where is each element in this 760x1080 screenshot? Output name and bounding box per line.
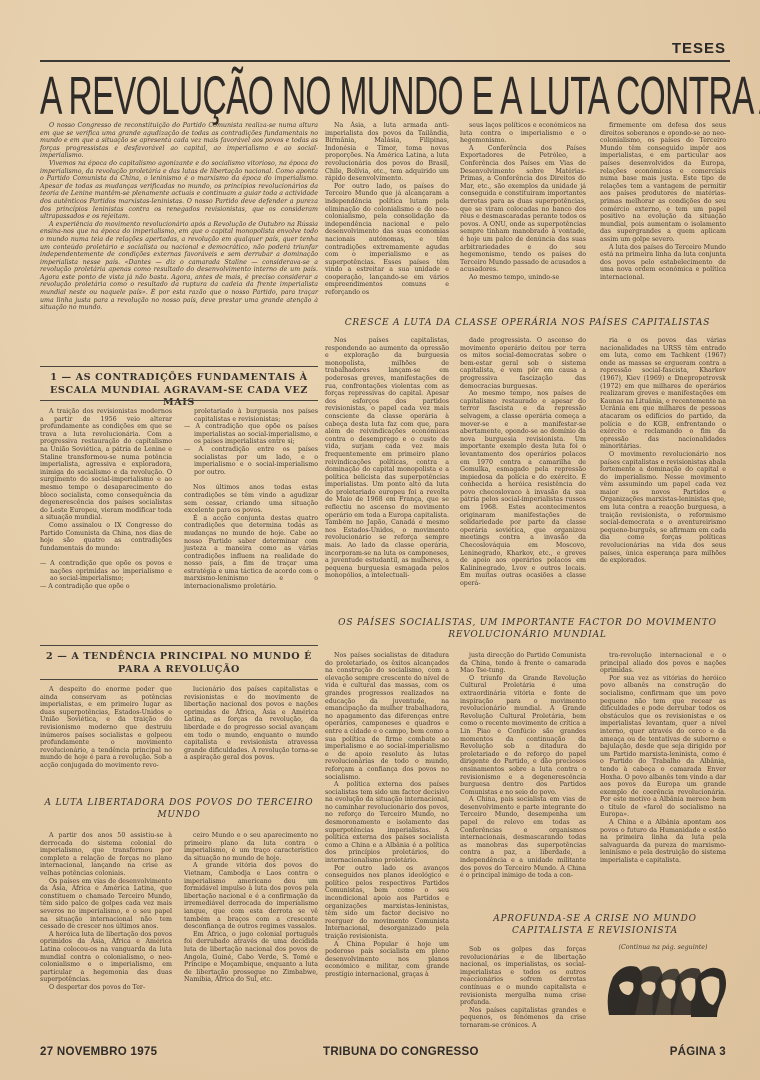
paragraph: seus laços políticos e económicos na lut… <box>460 122 586 145</box>
header-rule <box>40 60 730 62</box>
working-class-heading: CRESCE A LUTA DA CLASSE OPERÁRIA NOS PAÍ… <box>325 318 730 330</box>
list-item: — A contradição que opõe o <box>40 583 172 591</box>
paragraph: A China e a Albânia apontam aos povos o … <box>600 819 726 865</box>
paragraph: A Conferência dos Países Exportadores de… <box>460 145 586 274</box>
socialist-heading: OS PAÍSES SOCIALISTAS, UM IMPORTANTE FAC… <box>325 618 730 641</box>
top-col-2: seus laços políticos e económicos na lut… <box>460 122 586 281</box>
paragraph: O nosso Congresso de reconstituição do P… <box>40 122 318 160</box>
footer-date: 27 NOVEMBRO 1975 <box>40 1046 157 1058</box>
working-class-col-c: ria e os povos das várias nacionalidades… <box>600 337 726 565</box>
paragraph: Sob os golpes das forças revolucionárias… <box>460 946 586 1007</box>
paragraph: A partir dos anos 50 assistiu-se à derro… <box>40 832 172 878</box>
footer-page: PÁGINA 3 <box>670 1046 726 1058</box>
paragraph: Na Ásia, a luta armada anti-imperialista… <box>325 122 449 183</box>
socialist-col-b: justa direcção do Partido Comunista da C… <box>460 652 586 880</box>
section-tag: TESES <box>672 40 726 57</box>
col-b-cont: proletariado à burguesia nos países capi… <box>184 408 318 423</box>
paragraph: Ao mesmo tempo, nos países de capitalism… <box>460 390 586 587</box>
divider <box>40 366 318 367</box>
socialist-col-c: tra-revolução internacional e o principa… <box>600 652 726 865</box>
paragraph: Os países em vias de desenvolvimento da … <box>40 878 172 931</box>
paragraph: firmemente em defesa dos seus direitos s… <box>600 122 726 244</box>
paragraph: Por outro lado, os países do Terceiro Mu… <box>325 183 449 297</box>
intro-text: O nosso Congresso de reconstituição do P… <box>40 122 318 312</box>
section-1-heading: 1 — AS CONTRADIÇÕES FUNDAMENTAIS À ESCAL… <box>40 372 318 410</box>
third-world-heading: A LUTA LIBERTADORA DOS POVOS DO TERCEIRO… <box>40 798 318 821</box>
paragraph: Como assinalou o IX Congresso do Partido… <box>40 522 172 552</box>
section-2-col-a: A despeito do enorme poder que ainda con… <box>40 686 172 770</box>
paragraph: tra-revolução internacional e o principa… <box>600 652 726 675</box>
section-1-col-a: A traição dos revisionistas modernos a p… <box>40 408 172 591</box>
paragraph: A política externa dos países socialista… <box>325 781 449 865</box>
continued-note: (Continua na pág. seguinte) <box>600 944 726 952</box>
paragraph: A heróica luta de libertação dos povos o… <box>40 931 172 984</box>
paragraph: ceiro Mundo e o seu aparecimento no prim… <box>184 832 318 862</box>
list-item: — A contradição que opõe os povos e naçõ… <box>40 560 172 583</box>
paragraph: A despeito do enorme poder que ainda con… <box>40 686 172 770</box>
footer-publication: TRIBUNA DO CONGRESSO <box>323 1046 479 1058</box>
section-1-col-b: proletariado à burguesia nos países capi… <box>184 408 318 591</box>
paragraph: A grande vitória dos povos do Vietnam, C… <box>184 862 318 930</box>
list-item: — A contradição entre os países socialis… <box>184 446 318 476</box>
paragraph: A traição dos revisionistas modernos a p… <box>40 408 172 522</box>
paragraph: A China Popular é hoje um poderoso país … <box>325 941 449 979</box>
section-2-heading: 2 — A TENDÊNCIA PRINCIPAL NO MUNDO É PAR… <box>40 651 318 676</box>
top-col-3: firmemente em defesa dos seus direitos s… <box>600 122 726 281</box>
divider <box>40 645 318 646</box>
paragraph: justa direcção do Partido Comunista da C… <box>460 652 586 675</box>
paragraph: ria e os povos das várias nacionalidades… <box>600 337 726 451</box>
working-class-col-a: Nos países capitalistas, respondendo ao … <box>325 337 449 580</box>
paragraph: O movimento revolucionário nos países ca… <box>600 451 726 565</box>
working-class-col-b: dade progressista. O ascenso do moviment… <box>460 337 586 588</box>
crisis-col-a: Sob os golpes das forças revolucionárias… <box>460 946 586 1030</box>
paragraph: Nos países socialistas de ditadura do pr… <box>325 652 449 781</box>
list-item: — A contradição que opõe os países imper… <box>184 423 318 446</box>
paragraph: Nos últimos anos todas estas contradiçõe… <box>184 484 318 514</box>
divider <box>40 679 318 680</box>
crisis-heading: APROFUNDA-SE A CRISE NO MUNDO CAPITALIST… <box>460 914 730 937</box>
paragraph: Ao mesmo tempo, unindo-se <box>460 274 586 282</box>
third-world-col-b: ceiro Mundo e o seu aparecimento no prim… <box>184 832 318 984</box>
paragraph: O triunfo da Grande Revolução Cultural P… <box>460 675 586 797</box>
paragraph: Nos países capitalistas, respondendo ao … <box>325 337 449 580</box>
paragraph: Por sua vez as vitórias do heróico povo … <box>600 675 726 819</box>
third-world-col-a: A partir dos anos 50 assistiu-se à derro… <box>40 832 172 991</box>
socialist-col-a: Nos países socialistas de ditadura do pr… <box>325 652 449 979</box>
paragraph: dade progressista. O ascenso do moviment… <box>460 337 586 390</box>
top-col-1: Na Ásia, a luta armada anti-imperialista… <box>325 122 449 297</box>
paragraph: O despertar dos povos do Ter- <box>40 984 172 992</box>
paragraph: É a acção conjunta destas quatro contrad… <box>184 515 318 591</box>
paragraph: Por outro lado os avanços conseguidos no… <box>325 865 449 941</box>
paragraph: A China, país socialista em vias de dese… <box>460 796 586 880</box>
paragraph: A experiência do movimento revolucionári… <box>40 221 318 312</box>
paragraph: lucionário dos países capitalistas e rev… <box>184 686 318 762</box>
main-headline: A REVOLUÇÃO NO MUNDO E A LUTA CONTRA AS … <box>40 64 468 128</box>
newspaper-page: TESES A REVOLUÇÃO NO MUNDO E A LUTA CONT… <box>40 0 730 1080</box>
paragraph: Em África, o jugo colonial português foi… <box>184 931 318 984</box>
paragraph: A luta dos países do Terceiro Mundo está… <box>600 244 726 282</box>
section-2-col-b: lucionário dos países capitalistas e rev… <box>184 686 318 762</box>
portraits-marx-engels-lenin-stalin-mao-icon <box>605 955 730 1021</box>
paragraph: Nos países capitalistas grandes e pequen… <box>460 1007 586 1030</box>
divider <box>40 400 318 401</box>
paragraph: Vivemos na época do capitalismo agonizan… <box>40 160 318 221</box>
